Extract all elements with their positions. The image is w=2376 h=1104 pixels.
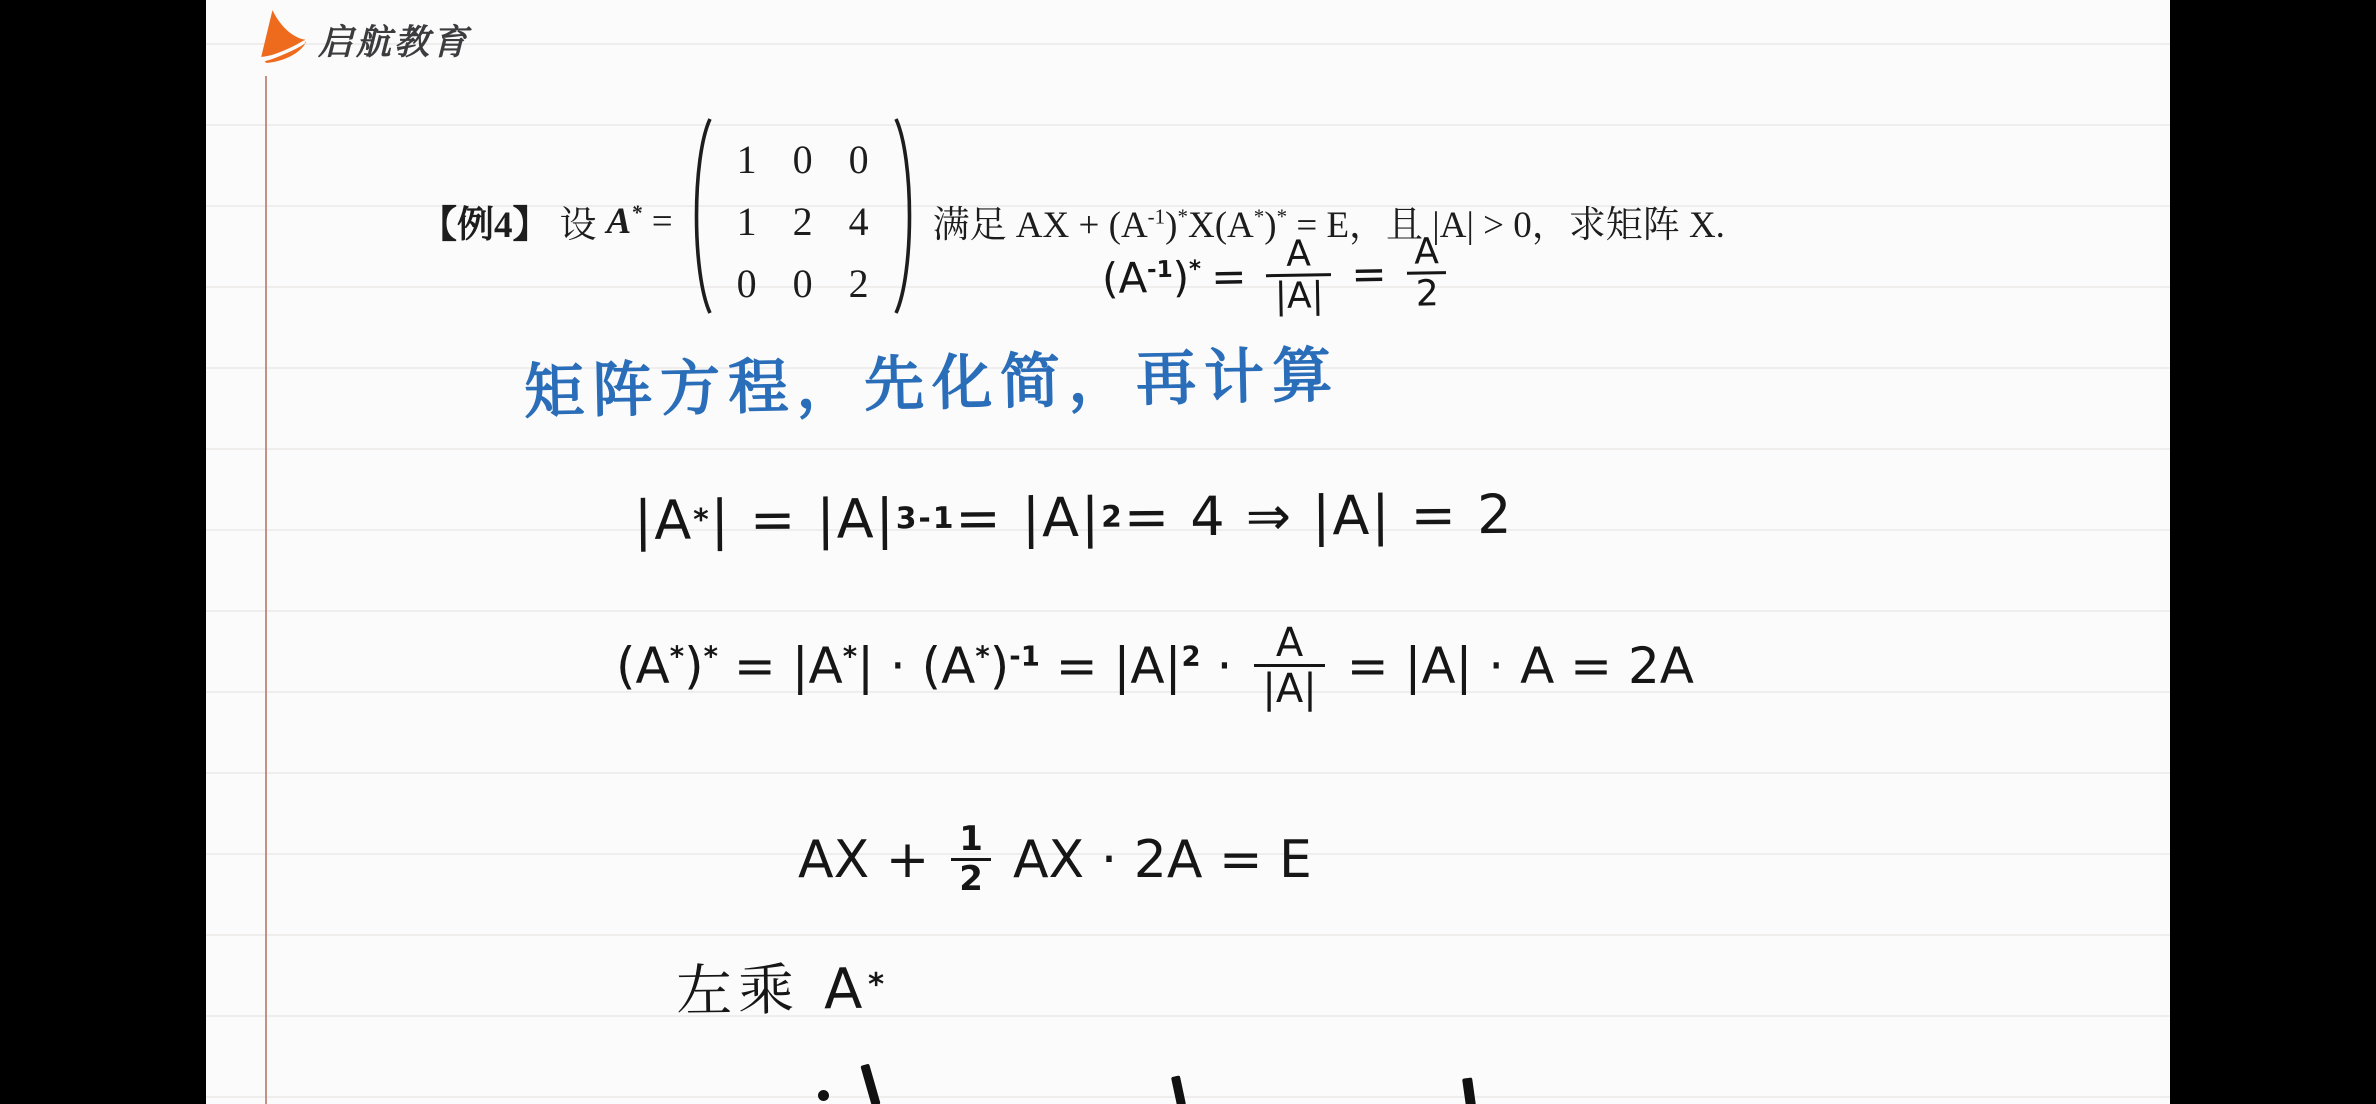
handwritten-left-multiply-note: 左乘 A* [675, 945, 890, 1028]
matrix-cell: 1 [737, 198, 757, 245]
matrix-cell: 0 [849, 136, 869, 183]
fraction-A-over-2: A 2 [1406, 233, 1448, 313]
left-paren-icon [687, 116, 713, 326]
right-paren-icon [893, 116, 919, 326]
adjadj-pre: (A*)* = |A*| · (A*)-1 = |A|2 · [616, 637, 1232, 695]
matrix-cell: 2 [793, 198, 813, 245]
ruled-paper: 启航教育 【例4】 设 A* = 100124002 满足 AX + (A-1)… [206, 0, 2170, 1104]
matrix-A-star: 100124002 [687, 116, 919, 326]
cutoff-stroke-tip [817, 1089, 830, 1102]
matrix-symbol: A* [607, 200, 642, 243]
equals-sign: = [652, 200, 673, 243]
matrix-grid: 100124002 [713, 128, 893, 314]
video-frame: 启航教育 【例4】 设 A* = 100124002 满足 AX + (A-1)… [0, 0, 2376, 1104]
cutoff-stroke-tip [1462, 1077, 1476, 1104]
brand-name: 启航教育 [318, 15, 470, 65]
handwritten-inverse-adjugate-note: (A-1)* = A |A| = A 2 [1101, 233, 1458, 319]
matrix-cell: 0 [793, 136, 813, 183]
pillarbox-right [2170, 0, 2376, 1104]
equation-pre: AX + [798, 830, 929, 890]
handwritten-strategy-note: 矩阵方程，先化简，再计算 [523, 327, 1341, 430]
notebook-margin-line [265, 76, 267, 1104]
invadj-lhs: (A-1)* [1102, 253, 1202, 304]
cutoff-stroke-tip [1171, 1075, 1186, 1104]
matrix-cell: 2 [849, 260, 869, 307]
cutoff-stroke-tip [860, 1064, 880, 1104]
handwritten-simplified-equation: AX + 1 2 AX · 2A = E [798, 822, 1312, 897]
matrix-cell: 1 [737, 136, 757, 183]
matrix-cell: 0 [793, 260, 813, 307]
lead-in-text: 设 [560, 194, 597, 248]
matrix-cell: 0 [737, 260, 757, 307]
invadj-eq2: = [1351, 249, 1387, 299]
handwritten-adjugate-of-adjugate-line: (A*)* = |A*| · (A*)-1 = |A|2 · A |A| = |… [616, 622, 1694, 710]
problem-statement: 【例4】 设 A* = 100124002 满足 AX + (A-1)*X(A*… [420, 116, 1725, 326]
pillarbox-left [0, 0, 206, 1104]
example-label: 【例4】 [420, 194, 550, 248]
handwritten-determinant-line: |A*| = |A|3-1 = |A|2 = 4 ⇒ |A| = 2 [634, 483, 1514, 552]
sail-swoosh-icon [256, 6, 308, 73]
brand-logo: 启航教育 [256, 6, 470, 73]
fraction-A-over-detA-2: A |A| [1254, 622, 1324, 710]
adjadj-post: = |A| · A = 2A [1347, 637, 1694, 695]
fraction-A-over-detA: A |A| [1266, 235, 1332, 316]
equation-post: AX · 2A = E [1013, 830, 1312, 890]
fraction-one-half: 1 2 [951, 822, 991, 897]
invadj-eq1: = [1211, 252, 1247, 302]
matrix-cell: 4 [849, 198, 869, 245]
